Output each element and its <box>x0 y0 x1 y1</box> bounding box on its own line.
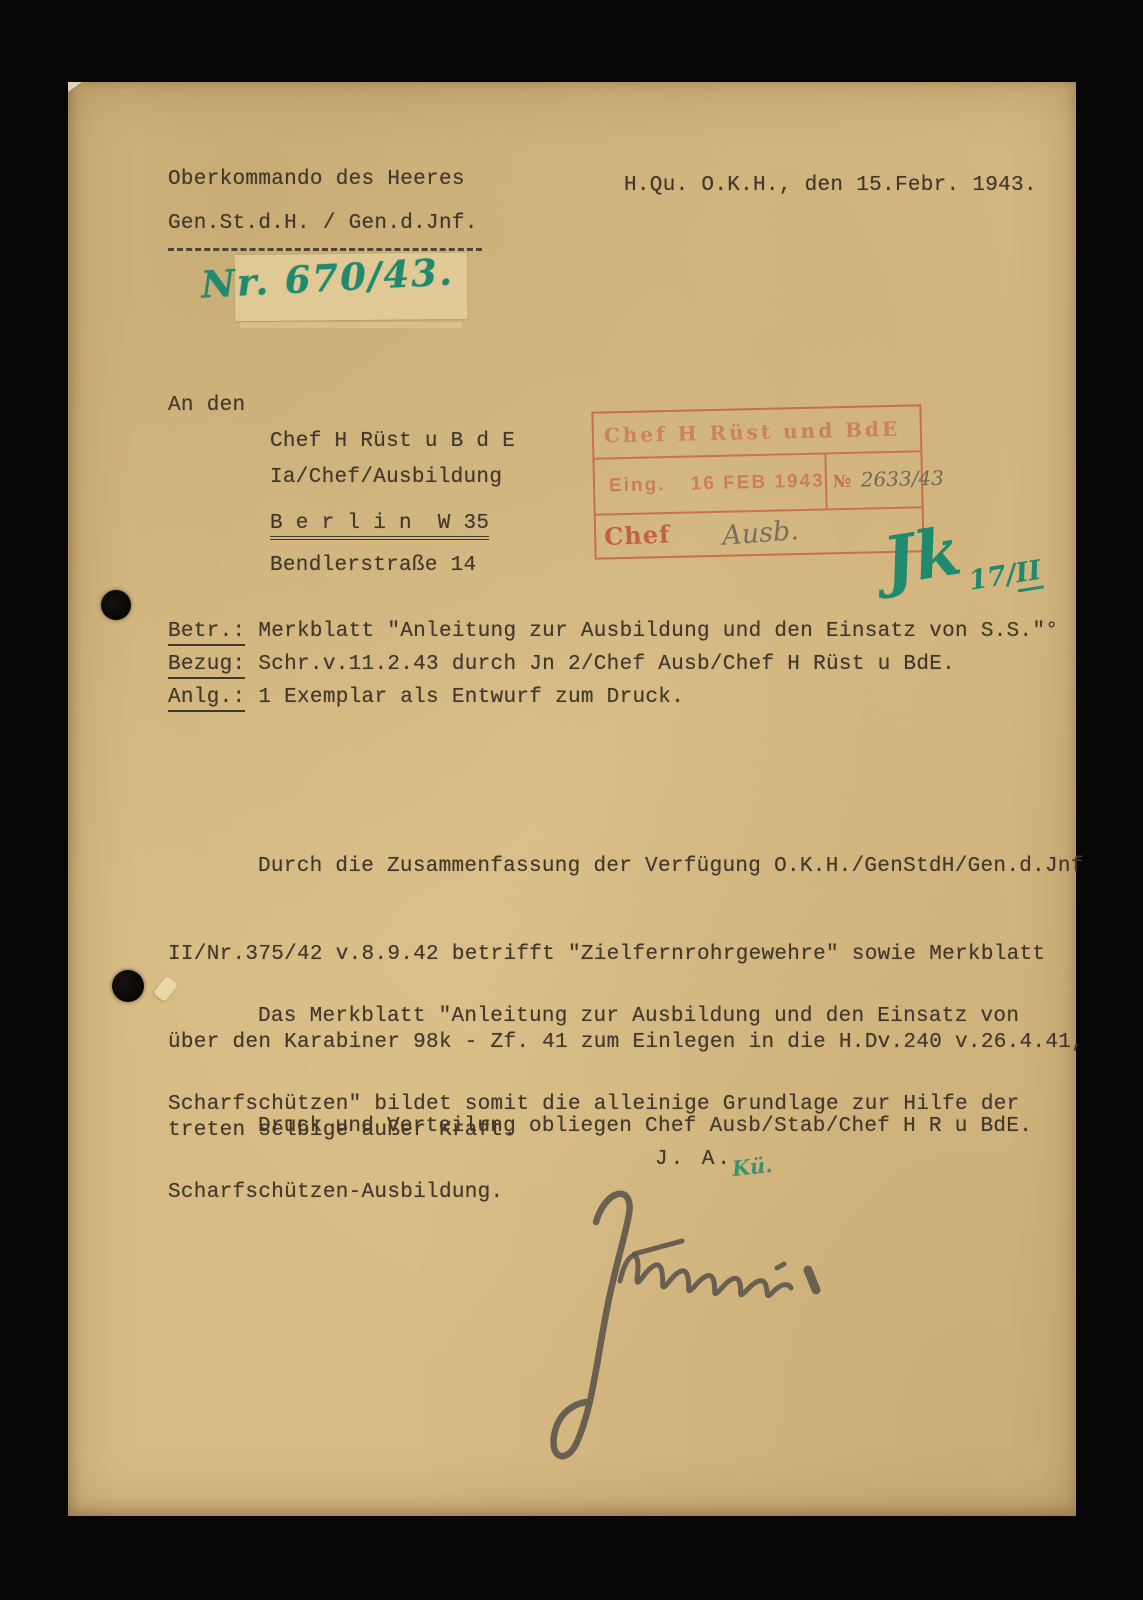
green-margin-note: Jk17/II <box>879 508 1040 591</box>
green-initials: Jk <box>878 511 966 600</box>
stamp-date-row: Eing. 16 FEB 1943 № 2633/43 <box>594 452 921 515</box>
receipt-stamp: Chef H Rüst und BdE Eing. 16 FEB 1943 № … <box>591 404 924 559</box>
stamp-title: Chef H Rüst und BdE <box>593 406 920 459</box>
stamp-dept-row: Chef Ausb. <box>596 508 923 552</box>
org-name-line1: Oberkommando des Heeres <box>168 168 465 191</box>
paper-corner-tear <box>68 82 82 92</box>
bezug-row: Bezug: Schr.v.11.2.43 durch Jn 2/Chef Au… <box>168 653 955 676</box>
bezug-label: Bezug: <box>168 653 245 679</box>
numero-sign: № <box>833 472 852 492</box>
punch-hole <box>101 590 131 620</box>
address-department: Ia/Chef/Ausbildung <box>270 466 502 489</box>
betr-text: Merkblatt "Anleitung zur Ausbildung und … <box>245 620 1058 643</box>
address-city: B e r l i n W 35 <box>270 512 489 535</box>
address-street: Bendlerstraße 14 <box>270 554 476 577</box>
org-name-line2: Gen.St.d.H. / Gen.d.Jnf. <box>168 212 478 235</box>
stamp-received-date: Eing. 16 FEB 1943 <box>594 454 825 513</box>
punch-hole <box>112 970 144 1002</box>
green-date: 17/II <box>967 555 1044 597</box>
anlg-row: Anlg.: 1 Exemplar als Entwurf zum Druck. <box>168 686 684 709</box>
address-recipient: Chef H Rüst u B d E <box>270 430 515 453</box>
anlg-text: 1 Exemplar als Entwurf zum Druck. <box>245 686 684 709</box>
scan-photo: { "page": { "background": "#060606", "pa… <box>0 0 1143 1600</box>
signature <box>530 1174 850 1494</box>
stamp-ausb-handwritten: Ausb. <box>721 515 800 552</box>
anlg-label: Anlg.: <box>168 686 245 712</box>
betr-row: Betr.: Merkblatt "Anleitung zur Ausbildu… <box>168 620 1058 643</box>
stamp-chef-label: Chef <box>604 519 671 551</box>
closing-ja: J. A. <box>655 1148 733 1171</box>
paper-patch-edge <box>240 322 462 328</box>
address-salutation: An den <box>168 394 245 417</box>
document-page: Oberkommando des Heeres Gen.St.d.H. / Ge… <box>68 82 1076 1516</box>
bezug-text: Schr.v.11.2.43 durch Jn 2/Chef Ausb/Chef… <box>245 653 955 676</box>
betr-label: Betr.: <box>168 620 245 646</box>
stamp-number-handwritten: 2633/43 <box>860 466 944 492</box>
dateline: H.Qu. O.K.H., den 15.Febr. 1943. <box>624 174 1037 197</box>
stamp-number-cell: № 2633/43 <box>824 452 937 509</box>
